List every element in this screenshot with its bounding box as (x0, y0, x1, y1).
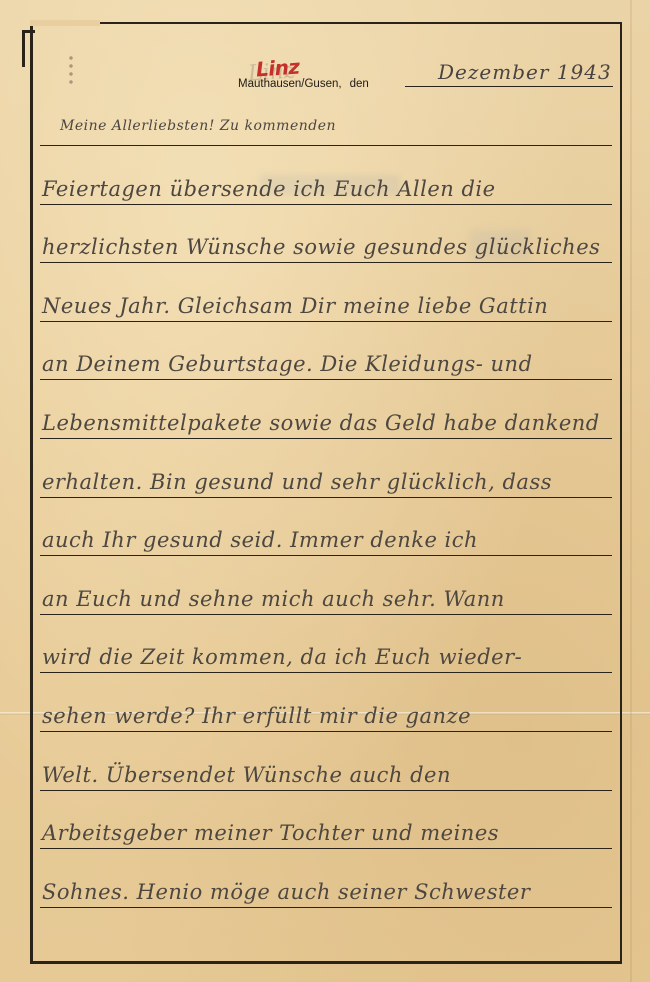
ruled-line (40, 379, 612, 380)
perforation-dots (68, 54, 74, 84)
ruled-line (40, 555, 612, 556)
handwritten-line: sehen werde? Ihr erfüllt mir die ganze (42, 704, 614, 728)
ruled-line (40, 321, 612, 322)
frame-gap (30, 20, 100, 26)
handwritten-line: an Euch und sehne mich auch sehr. Wann (42, 587, 614, 611)
letterhead-place: Mauthausen/Gusen,den (238, 78, 369, 90)
handwritten-line: Feiertagen übersende ich Euch Allen die (42, 177, 614, 201)
ruled-line (40, 262, 612, 263)
handwritten-line: auch Ihr gesund seid. Immer denke ich (42, 528, 614, 552)
handwritten-line: Neues Jahr. Gleichsam Dir meine liebe Ga… (42, 294, 614, 318)
handwritten-line: Lebensmittelpakete sowie das Geld habe d… (42, 411, 614, 435)
ruled-line (40, 848, 612, 849)
handwritten-line: Arbeitsgeber meiner Tochter und meines (42, 821, 614, 845)
ruled-line (40, 145, 612, 146)
handwritten-line: erhalten. Bin gesund und sehr glücklich,… (42, 470, 614, 494)
date-rule (405, 86, 613, 87)
printed-place-name: Mauthausen/Gusen, (238, 78, 342, 90)
ruled-line (40, 672, 612, 673)
paper-fold-vertical (630, 0, 632, 982)
handwritten-line: wird die Zeit kommen, da ich Euch wieder… (42, 645, 614, 669)
ruled-line (40, 438, 612, 439)
ruled-line (40, 731, 612, 732)
handwritten-line: Welt. Übersendet Wünsche auch den (42, 763, 614, 787)
ruled-line (40, 907, 612, 908)
handwritten-line: Sohnes. Henio möge auch seiner Schwester (42, 880, 614, 904)
ruled-line (40, 790, 612, 791)
handwritten-line: Meine Allerliebsten! Zu kommenden (60, 118, 632, 134)
letter-date: Dezember 1943 (438, 60, 612, 84)
corner-bracket-mark (22, 30, 35, 67)
printed-den: den (350, 78, 369, 90)
handwritten-line: an Deinem Geburtstage. Die Kleidungs- un… (42, 352, 614, 376)
handwritten-line: herzlichsten Wünsche sowie gesundes glüc… (42, 235, 614, 259)
ruled-line (40, 497, 612, 498)
ruled-line (40, 204, 612, 205)
ruled-line (40, 614, 612, 615)
